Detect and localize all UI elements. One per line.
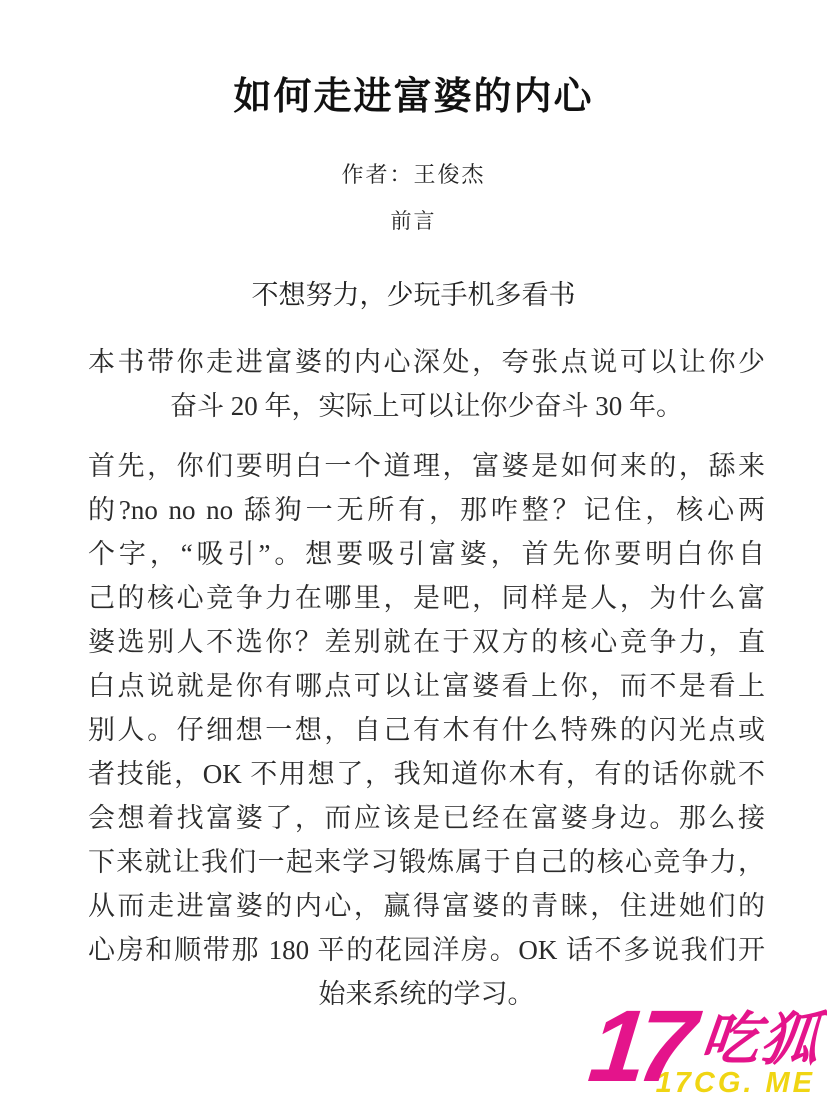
watermark-number: 17 xyxy=(585,1003,702,1089)
paragraph-line: 白点说就是你有哪点可以让富婆看上你，而不是看上 xyxy=(88,664,765,708)
paragraph-line: 下来就让我们一起来学习锻炼属于自己的核心竞争力， xyxy=(88,840,765,884)
watermark-logo: 17 吃狐 17CG. ME xyxy=(590,1003,821,1098)
author-line: 作者：王俊杰 xyxy=(0,162,827,188)
paragraph-line: 本书带你走进富婆的内心深处，夸张点说可以让你少 xyxy=(88,340,765,384)
preface-heading: 前言 xyxy=(0,209,827,234)
intro-paragraph: 本书带你走进富婆的内心深处，夸张点说可以让你少奋斗 20 年，实际上可以让你少奋… xyxy=(88,340,765,428)
paragraph-line: 心房和顺带那 180 平的花园洋房。OK 话不多说我们开 xyxy=(88,928,765,972)
motto-line: 不想努力，少玩手机多看书 xyxy=(0,280,827,311)
paragraph-line: 从而走进富婆的内心，赢得富婆的青睐，住进她们的 xyxy=(88,884,765,928)
paragraph-line: 个字，“吸引”。想要吸引富婆，首先你要明白你自 xyxy=(88,532,765,576)
paragraph-line: 奋斗 20 年，实际上可以让你少奋斗 30 年。 xyxy=(88,384,765,428)
body-paragraph: 首先，你们要明白一个道理，富婆是如何来的，舔来的?no no no 舔狗一无所有… xyxy=(88,444,765,1016)
document-page: 如何走进富婆的内心 作者：王俊杰 前言 不想努力，少玩手机多看书 本书带你走进富… xyxy=(0,0,827,1108)
page-title: 如何走进富婆的内心 xyxy=(0,0,827,120)
paragraph-line: 者技能，OK 不用想了，我知道你木有，有的话你就不 xyxy=(88,752,765,796)
paragraph-line: 婆选别人不选你？差别就在于双方的核心竞争力，直 xyxy=(88,620,765,664)
paragraph-line: 己的核心竞争力在哪里，是吧，同样是人，为什么富 xyxy=(88,576,765,620)
watermark-cn-text: 吃狐 xyxy=(698,1011,824,1069)
paragraph-line: 会想着找富婆了，而应该是已经在富婆身边。那么接 xyxy=(88,796,765,840)
paragraph-line: 的?no no no 舔狗一无所有，那咋整？记住，核心两 xyxy=(88,488,765,532)
paragraph-line: 别人。仔细想一想，自己有木有什么特殊的闪光点或 xyxy=(88,708,765,752)
paragraph-line: 首先，你们要明白一个道理，富婆是如何来的，舔来 xyxy=(88,444,765,488)
